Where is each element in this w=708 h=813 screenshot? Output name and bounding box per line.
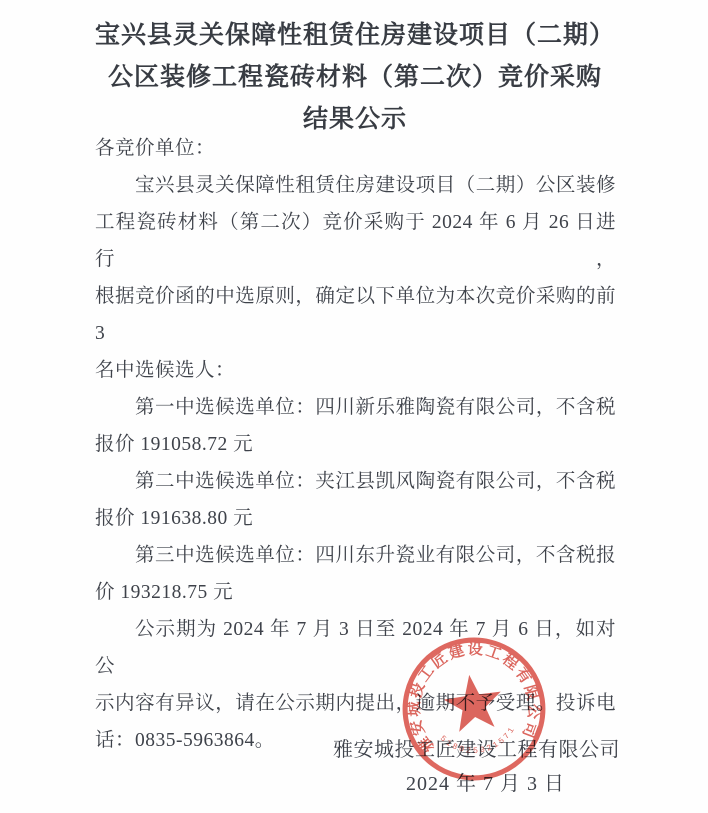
body-line: 根据竞价函的中选原则，确定以下单位为本次竞价采购的前 3	[95, 278, 616, 352]
candidate-3-price: 价 193218.75 元	[95, 574, 616, 611]
title-line-2: 公区装修工程瓷砖材料（第二次）竞价采购	[60, 56, 650, 98]
title-line-1: 宝兴县灵关保障性租赁住房建设项目（二期）	[60, 14, 650, 56]
issue-date: 2024 年 7 月 3 日	[406, 767, 565, 796]
candidate-2-line: 第二中选候选单位：夹江县凯风陶瓷有限公司，不含税	[95, 463, 616, 500]
document-body: 各竞价单位： 宝兴县灵关保障性租赁住房建设项目（二期）公区装修 工程瓷砖材料（第…	[95, 130, 616, 759]
candidate-3-line: 第三中选候选单位：四川东升瓷业有限公司，不含税报	[95, 537, 616, 574]
notice-period-line: 示内容有异议，请在公示期内提出，逾期不予受理。投诉电	[95, 685, 616, 722]
issuer-company-name: 雅安城投工匠建设工程有限公司	[333, 733, 620, 762]
candidate-2-price: 报价 191638.80 元	[95, 500, 616, 537]
notice-period-line: 公示期为 2024 年 7 月 3 日至 2024 年 7 月 6 日，如对公	[95, 611, 616, 685]
candidate-1-line: 第一中选候选单位：四川新乐雅陶瓷有限公司，不含税	[95, 389, 616, 426]
salutation: 各竞价单位：	[95, 130, 616, 167]
body-line: 宝兴县灵关保障性租赁住房建设项目（二期）公区装修	[95, 167, 616, 204]
candidate-1-price: 报价 191058.72 元	[95, 426, 616, 463]
body-line: 工程瓷砖材料（第二次）竞价采购于 2024 年 6 月 26 日进行，	[95, 204, 616, 278]
body-line: 名中选候选人：	[95, 352, 616, 389]
document-title: 宝兴县灵关保障性租赁住房建设项目（二期） 公区装修工程瓷砖材料（第二次）竞价采购…	[60, 14, 650, 140]
announcement-document: 宝兴县灵关保障性租赁住房建设项目（二期） 公区装修工程瓷砖材料（第二次）竞价采购…	[0, 0, 708, 813]
